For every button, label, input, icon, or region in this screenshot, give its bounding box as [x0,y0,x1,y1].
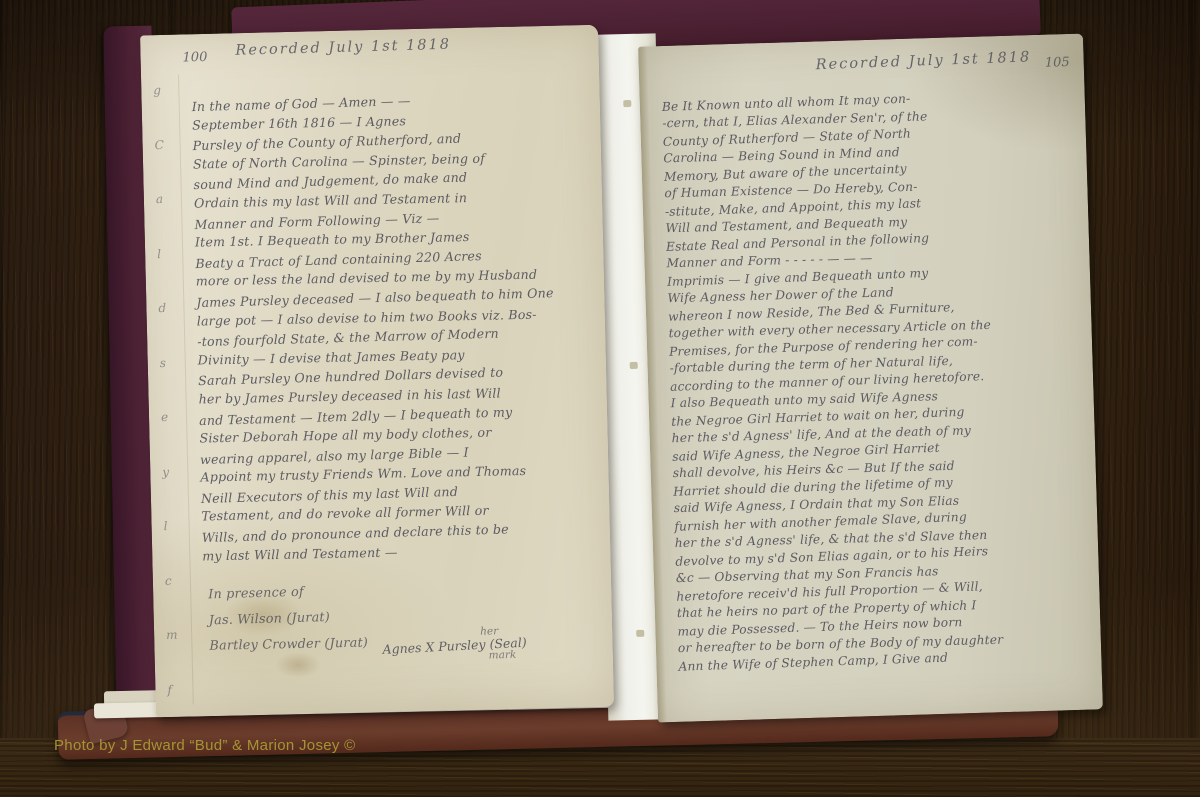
witness-signature: Bartley Crowder (Jurat) [209,631,368,660]
witness-signature: Jas. Wilson (Jurat) [208,604,367,634]
edge-fragment: m [166,628,191,643]
stitch-mark [636,630,644,637]
left-page-number: 100 [182,50,207,66]
left-page-manuscript: In the name of God — Amen — —September 1… [191,87,602,567]
right-page-header: Recorded July 1st 1818 [816,49,1032,73]
stitch-mark [630,362,638,369]
right-page: Recorded July 1st 1818 105 Be It Known u… [638,34,1103,723]
edge-fragment: C [154,137,179,152]
right-page-number: 105 [1045,55,1070,71]
edge-fragment: y [162,464,187,479]
edge-fragment: l [163,519,188,534]
edge-fragment: a [156,192,181,207]
witness-block: In presence of Jas. Wilson (Jurat)Bartle… [208,578,368,660]
signature-mark: mark [489,649,527,662]
edge-fragment: e [161,410,186,425]
edge-fragment: l [157,246,182,261]
edge-fragment: d [158,301,183,316]
edge-fragment: c [165,573,190,588]
stitch-mark [623,100,631,107]
edge-fragment: s [160,355,185,370]
edge-fragment: g [153,83,178,98]
left-page: gCaldseylcmf 100 Recorded July 1st 1818 … [140,25,614,718]
edge-fragment: f [167,682,192,697]
photographer-watermark: Photo by J Edward “Bud” & Marion Josey © [54,737,356,754]
testator-signature: her Agnes X Pursley (Seal) mark [382,625,527,664]
left-page-header: Recorded July 1st 1818 [235,37,451,59]
right-page-manuscript: Be It Known unto all whom It may con--ce… [662,86,1095,676]
